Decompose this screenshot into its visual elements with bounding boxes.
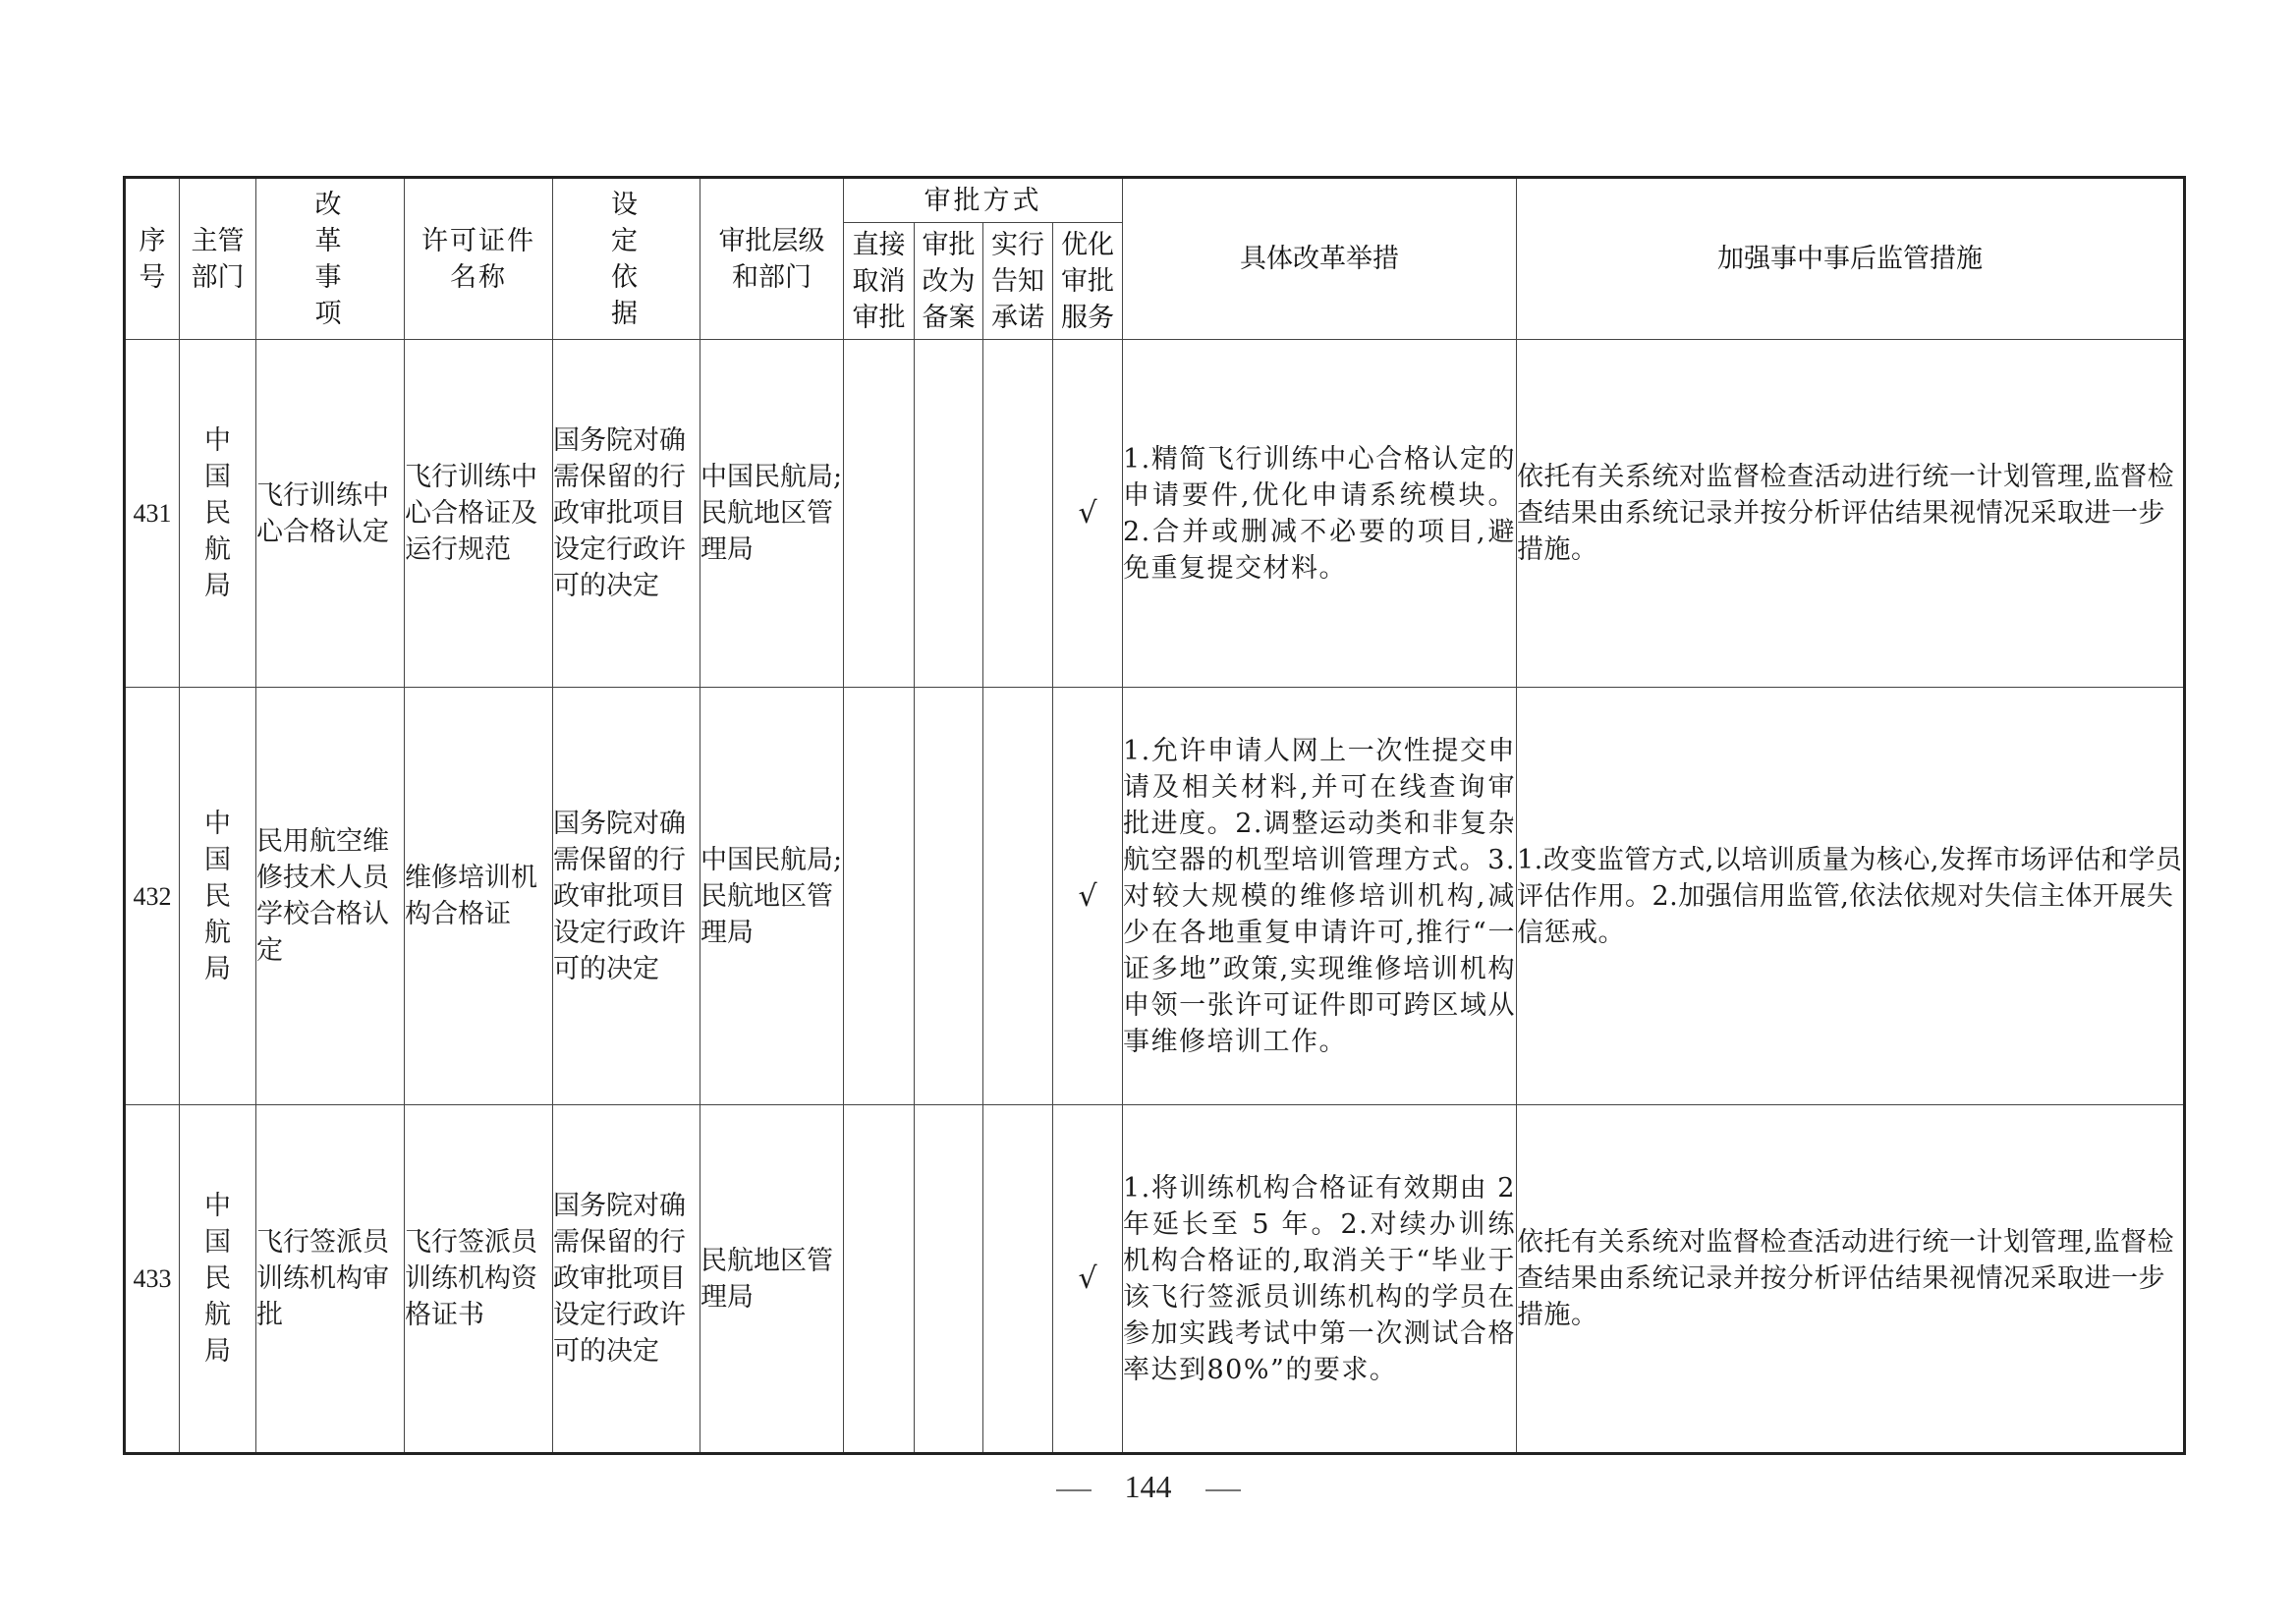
cell-mode-filing: [915, 340, 983, 688]
cell-dept: 中国民航局: [180, 1105, 256, 1454]
header-dept: 主管部门: [180, 178, 256, 340]
checkmark-icon: √: [1053, 340, 1123, 688]
cell-mode-cancel: [844, 340, 915, 688]
cell-dept: 中国民航局: [180, 340, 256, 688]
header-seq: 序号: [125, 178, 180, 340]
cell-mode-notify: [983, 1105, 1053, 1454]
header-mode-cancel: 直接取消审批: [844, 223, 915, 340]
cell-supervision: 依托有关系统对监督检查活动进行统一计划管理,监督检查结果由系统记录并按分析评估结…: [1517, 1105, 2185, 1454]
cell-mode-notify: [983, 688, 1053, 1105]
header-level: 审批层级和部门: [700, 178, 844, 340]
cell-measures: 1.精简飞行训练中心合格认定的申请要件,优化申请系统模块。2.合并或删减不必要的…: [1123, 340, 1517, 688]
cell-basis: 国务院对确需保留的行政审批项目设定行政许可的决定: [553, 1105, 700, 1454]
table-row: 432 中国民航局 民用航空维修技术人员学校合格认定 维修培训机构合格证 国务院…: [125, 688, 2185, 1105]
table-row: 431 中国民航局 飞行训练中心合格认定 飞行训练中心合格证及运行规范 国务院对…: [125, 340, 2185, 688]
cell-license: 飞行训练中心合格证及运行规范: [405, 340, 553, 688]
cell-item: 飞行训练中心合格认定: [256, 340, 405, 688]
header-measures: 具体改革举措: [1123, 178, 1517, 340]
dash-right: [1205, 1489, 1241, 1491]
cell-mode-cancel: [844, 688, 915, 1105]
cell-seq: 432: [125, 688, 180, 1105]
cell-item: 飞行签派员训练机构审批: [256, 1105, 405, 1454]
header-approval-group: 审批方式: [844, 178, 1123, 223]
cell-level: 民航地区管理局: [700, 1105, 844, 1454]
checkmark-icon: √: [1053, 688, 1123, 1105]
checkmark-icon: √: [1053, 1105, 1123, 1454]
cell-level: 中国民航局;民航地区管理局: [700, 340, 844, 688]
cell-mode-filing: [915, 1105, 983, 1454]
cell-dept: 中国民航局: [180, 688, 256, 1105]
cell-mode-notify: [983, 340, 1053, 688]
header-basis: 设定依据: [553, 178, 700, 340]
dash-left: [1056, 1489, 1092, 1491]
table-row: 433 中国民航局 飞行签派员训练机构审批 飞行签派员训练机构资格证书 国务院对…: [125, 1105, 2185, 1454]
cell-license: 维修培训机构合格证: [405, 688, 553, 1105]
cell-basis: 国务院对确需保留的行政审批项目设定行政许可的决定: [553, 340, 700, 688]
header-license: 许可证件名称: [405, 178, 553, 340]
cell-license: 飞行签派员训练机构资格证书: [405, 1105, 553, 1454]
cell-supervision: 依托有关系统对监督检查活动进行统一计划管理,监督检查结果由系统记录并按分析评估结…: [1517, 340, 2185, 688]
page-number: 144: [0, 1469, 2296, 1505]
header-mode-notify: 实行告知承诺: [983, 223, 1053, 340]
cell-seq: 431: [125, 340, 180, 688]
cell-supervision: 1.改变监管方式,以培训质量为核心,发挥市场评估和学员评估作用。2.加强信用监管…: [1517, 688, 2185, 1105]
reform-table: 序号 主管部门 改革事项 许可证件名称 设定依据 审批层级和部门 审批方式 具体…: [123, 176, 2186, 1455]
cell-measures: 1.允许申请人网上一次性提交申请及相关材料,并可在线查询审批进度。2.调整运动类…: [1123, 688, 1517, 1105]
page-number-value: 144: [1125, 1469, 1172, 1504]
header-mode-filing: 审批改为备案: [915, 223, 983, 340]
cell-item: 民用航空维修技术人员学校合格认定: [256, 688, 405, 1105]
cell-basis: 国务院对确需保留的行政审批项目设定行政许可的决定: [553, 688, 700, 1105]
cell-mode-cancel: [844, 1105, 915, 1454]
cell-seq: 433: [125, 1105, 180, 1454]
header-item: 改革事项: [256, 178, 405, 340]
header-mode-optimize: 优化审批服务: [1053, 223, 1123, 340]
cell-measures: 1.将训练机构合格证有效期由 2 年延长至 5 年。2.对续办训练机构合格证的,…: [1123, 1105, 1517, 1454]
header-supervision: 加强事中事后监管措施: [1517, 178, 2185, 340]
cell-level: 中国民航局;民航地区管理局: [700, 688, 844, 1105]
cell-mode-filing: [915, 688, 983, 1105]
